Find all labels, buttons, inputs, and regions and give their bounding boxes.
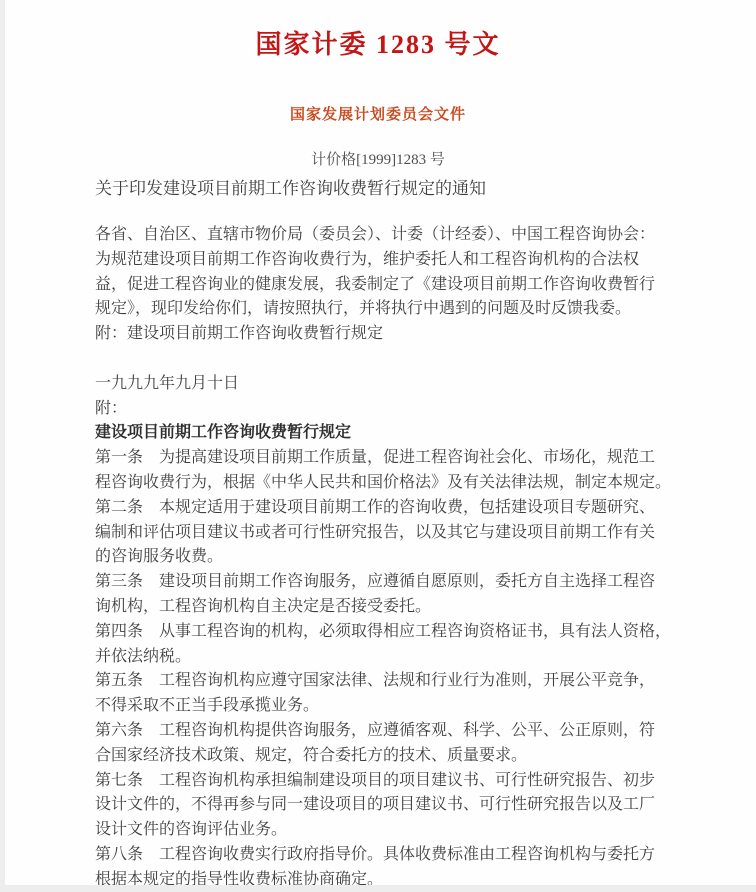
regulation-line: 设计文件的咨询评估业务。 — [95, 818, 661, 843]
regulation-line: 第二条 本规定适用于建设项目前期工作的咨询收费，包括建设项目专题研究、 — [95, 496, 661, 521]
regulation-line: 的咨询服务收费。 — [95, 545, 661, 570]
subject-line: 关于印发建设项目前期工作咨询收费暂行规定的通知 — [95, 174, 661, 199]
document-page: 国家计委 1283 号文 国家发展计划委员会文件 计价格[1999]1283 号… — [0, 0, 756, 892]
document-title: 国家计委 1283 号文 — [0, 24, 756, 61]
date-line: 一九九九年九月十日 — [95, 372, 661, 397]
regulation-line: 询机构，工程咨询机构自主决定是否接受委托。 — [95, 595, 661, 620]
notice-line: 各省、自治区、直辖市物价局（委员会）、计委（计经委）、中国工程咨询协会： — [95, 223, 661, 248]
document-body: 各省、自治区、直辖市物价局（委员会）、计委（计经委）、中国工程咨询协会： 为规范… — [95, 223, 661, 892]
regulation-line: 第五条 工程咨询机构应遵守国家法律、法规和行业行为准则，开展公平竞争， — [95, 669, 661, 694]
blank-line — [95, 347, 661, 372]
regulation-line: 编制和评估项目建议书或者可行性研究报告，以及其它与建设项目前期工作有关 — [95, 521, 661, 546]
regulation-line: 第六条 工程咨询机构提供咨询服务，应遵循客观、科学、公平、公正原则，符 — [95, 719, 661, 744]
page-left-edge — [0, 0, 5, 892]
regulation-line: 不得采取不正当手段承揽业务。 — [95, 694, 661, 719]
regulation-line: 第八条 工程咨询收费实行政府指导价。具体收费标准由工程咨询机构与委托方 — [95, 843, 661, 868]
regulation-line: 第三条 建设项目前期工作咨询服务，应遵循自愿原则，委托方自主选择工程咨 — [95, 570, 661, 595]
regulation-line: 第七条 工程咨询机构承担编制建设项目的项目建议书、可行性研究报告、初步 — [95, 769, 661, 794]
attachment-label: 附： — [95, 397, 661, 422]
regulation-line: 并依法纳税。 — [95, 645, 661, 670]
notice-line: 附：建设项目前期工作咨询收费暂行规定 — [95, 322, 661, 347]
notice-line: 益，促进工程咨询业的健康发展，我委制定了《建设项目前期工作咨询收费暂行 — [95, 273, 661, 298]
notice-line: 为规范建设项目前期工作咨询收费行为，维护委托人和工程咨询机构的合法权 — [95, 248, 661, 273]
regulation-line: 程咨询收费行为，根据《中华人民共和国价格法》及有关法律法规，制定本规定。 — [95, 471, 661, 496]
regulation-line: 第一条 为提高建设项目前期工作质量，促进工程咨询社会化、市场化，规范工 — [95, 446, 661, 471]
regulation-title: 建设项目前期工作咨询收费暂行规定 — [95, 421, 661, 446]
document-number: 计价格[1999]1283 号 — [0, 148, 756, 169]
regulation-line: 设计文件的，不得再参与同一建设项目的项目建议书、可行性研究报告以及工厂 — [95, 793, 661, 818]
notice-line: 规定》，现印发给你们，请按照执行，并将执行中遇到的问题及时反馈我委。 — [95, 297, 661, 322]
regulation-line: 第四条 从事工程咨询的机构，必须取得相应工程咨询资格证书，具有法人资格， — [95, 620, 661, 645]
page-bottom-edge — [0, 885, 756, 892]
agency-banner: 国家发展计划委员会文件 — [0, 103, 756, 124]
regulation-line: 合国家经济技术政策、规定，符合委托方的技术、质量要求。 — [95, 744, 661, 769]
